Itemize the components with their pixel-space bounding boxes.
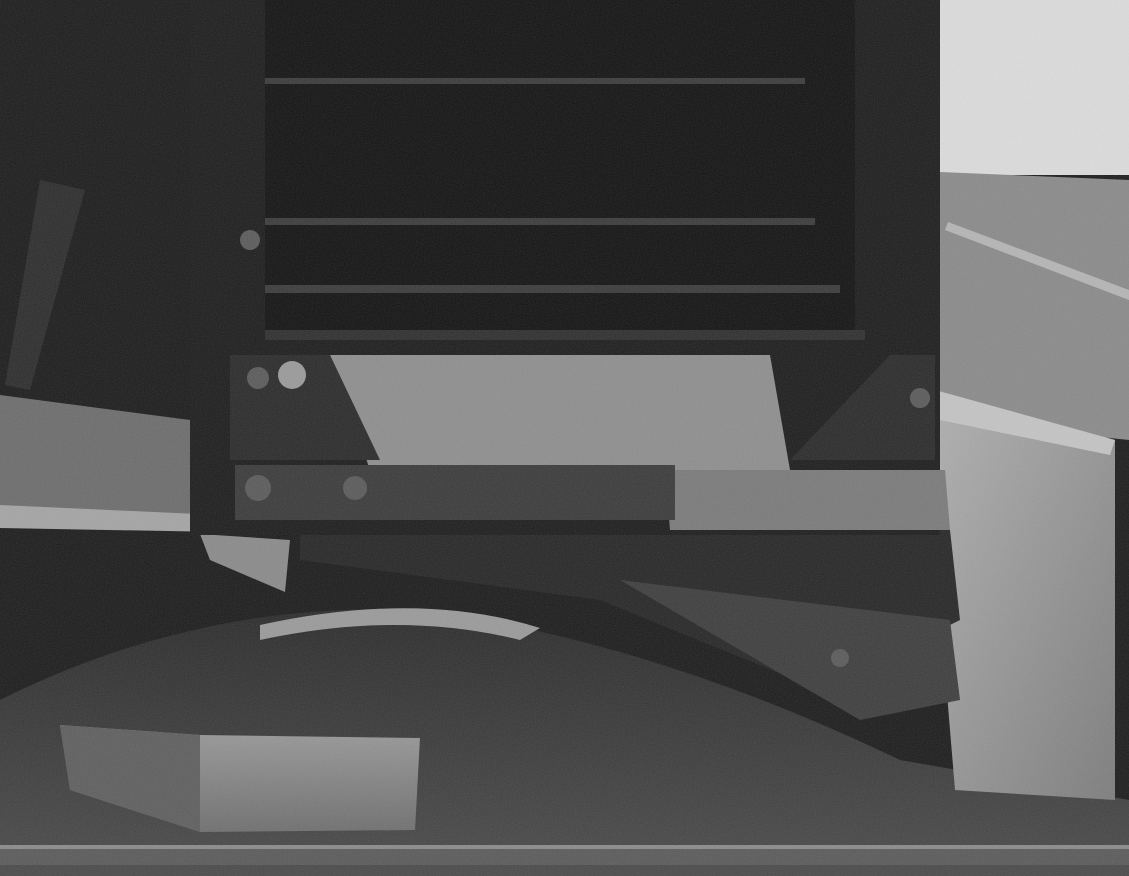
film-grain [0,0,1129,876]
photo-illustration [0,0,1129,876]
photo-scene: Grayscale photograph of the base of a da… [0,0,1129,876]
